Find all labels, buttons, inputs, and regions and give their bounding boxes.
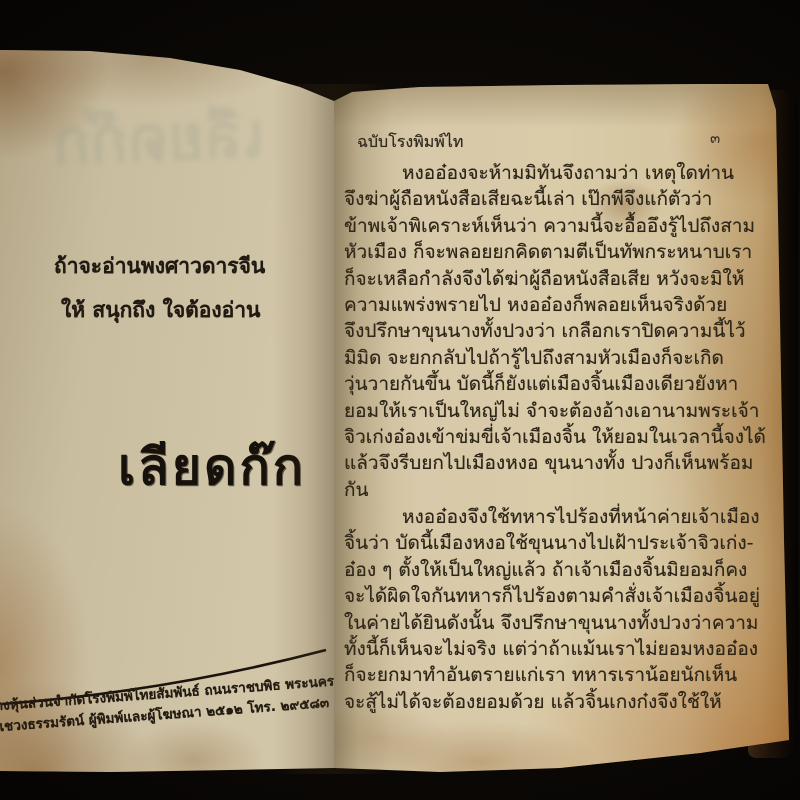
show-through-title: เลียดก๊ก	[0, 103, 265, 176]
text-line: หงออ๋องจึงใช้ทหารไปร้องที่หน้าค่ายเจ้าเม…	[344, 504, 748, 530]
page-gutter-shadow	[272, 84, 392, 774]
paragraph-1: หงออ๋องจะห้ามมิทันจึงถามว่า เหตุใดท่าน จ…	[344, 160, 748, 503]
text-line: ข้าพเจ้าพิเคราะห์เห็นว่า ความนี้จะอื้ออึ…	[344, 213, 748, 239]
text-line: จะได้ผิดใจกันทหารก็ไปร้องตามคำสั่งเจ้าเม…	[344, 583, 748, 609]
book-photo: เลียดก๊ก ถ้าจะอ่านพงศาวดารจีน ให้ สนุกถึ…	[0, 0, 800, 800]
text-line: อ๋อง ๆ ตั้งให้เป็นใหญ่แล้ว ถ้าเจ้าเมืองจ…	[344, 557, 748, 583]
text-line: ยอมให้เราเป็นใหญ่ไม่ จำจะต้องอ้างเอานามพ…	[344, 398, 748, 424]
text-line: หงออ๋องจะห้ามมิทันจึงถามว่า เหตุใดท่าน	[344, 160, 748, 186]
slogan-line-2: ให้ สนุกถึง ใจต้องอ่าน	[61, 294, 260, 327]
text-line: วุ่นวายกันขึ้น บัดนี้ก็ยังแต่เมืองจิ้นเม…	[344, 371, 748, 397]
text-line: ทั้งนี้ก็เห็นจะไม่จริง แต่ว่าถ้าแม้นเราไ…	[344, 636, 748, 662]
text-line: จึงฆ่าผู้ถือหนังสือเสียฉะนี้เล่า เป๊กพีจ…	[344, 186, 748, 212]
text-line: ก็จะยกมาทำอันตรายแก่เรา ทหารเราน้อยนักเห…	[344, 662, 748, 688]
paragraph-2: หงออ๋องจึงใช้ทหารไปร้องที่หน้าค่ายเจ้าเม…	[344, 504, 748, 715]
text-line: หัวเมือง ก็จะพลอยยกคิดตามตีเป็นทัพกระหนา…	[344, 239, 748, 265]
text-line: ความแพร่งพรายไป หงออ๋องก็พลอยเห็นจริงด้ว…	[344, 292, 748, 318]
text-line: ก็จะเหลือกำลังจึงได้ฆ่าผู้ถือหนังสือเสีย…	[344, 266, 748, 292]
page-number: ๓	[710, 126, 720, 150]
text-line: จิ้นว่า บัดนี้เมืองหงอใช้ขุนนางไปเฝ้าประ…	[344, 530, 748, 556]
text-line: จิวเก่งอ๋องเข้าข่มขี่เจ้าเมืองจิ้น ให้ยอ…	[344, 424, 748, 450]
text-line: ในค่ายได้ยินดังนั้น จึงปรึกษาขุนนางทั้งป…	[344, 610, 748, 636]
text-line: จึงปรึกษาขุนนางทั้งปวงว่า เกลือกเราปิดคว…	[344, 318, 748, 344]
text-line: จะสู้ไม่ได้จะต้องยอมด้วย แล้วจิ้นเกงก๋งจ…	[344, 689, 748, 715]
text-line: แล้วจึงรีบยกไปเมืองหงอ ขุนนางทั้ง ปวงก็เ…	[344, 450, 748, 476]
slogan-line-1: ถ้าจะอ่านพงศาวดารจีน	[54, 250, 265, 283]
text-line: มิมิด จะยกกลับไปถ้ารู้ไปถึงสามหัวเมืองก็…	[344, 345, 748, 371]
text-line: กัน	[344, 477, 748, 503]
